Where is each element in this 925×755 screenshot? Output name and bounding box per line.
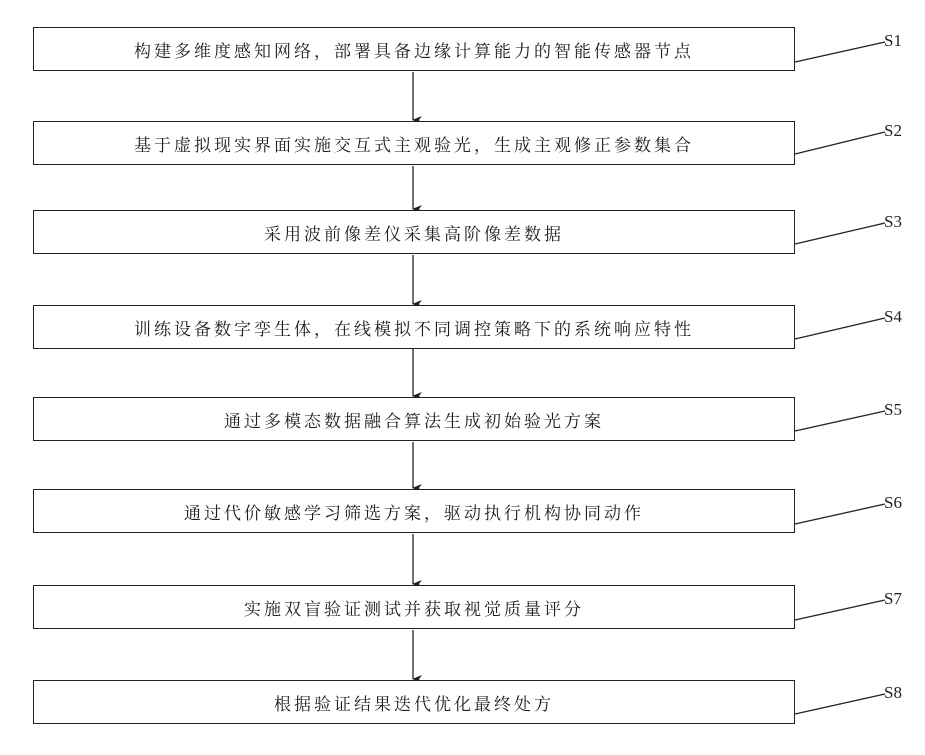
leader-line-s3	[795, 223, 885, 244]
leader-line-s5	[795, 411, 885, 431]
leader-line-s2	[795, 132, 885, 154]
step-text-s2: 基于虚拟现实界面实施交互式主观验光，生成主观修正参数集合	[134, 131, 694, 156]
step-box-s5: 通过多模态数据融合算法生成初始验光方案	[33, 397, 795, 441]
step-label-s5: S5	[884, 400, 902, 420]
step-label-s3: S3	[884, 212, 902, 232]
leader-line-s1	[795, 42, 885, 62]
step-text-s8: 根据验证结果迭代优化最终处方	[274, 690, 554, 715]
connector-layer	[0, 0, 925, 755]
step-text-s1: 构建多维度感知网络，部署具备边缘计算能力的智能传感器节点	[134, 37, 694, 62]
flowchart: 构建多维度感知网络，部署具备边缘计算能力的智能传感器节点 基于虚拟现实界面实施交…	[0, 0, 925, 755]
step-text-s5: 通过多模态数据融合算法生成初始验光方案	[224, 407, 604, 432]
step-box-s2: 基于虚拟现实界面实施交互式主观验光，生成主观修正参数集合	[33, 121, 795, 165]
step-box-s8: 根据验证结果迭代优化最终处方	[33, 680, 795, 724]
step-label-s6: S6	[884, 493, 902, 513]
leader-line-s4	[795, 318, 885, 339]
step-box-s3: 采用波前像差仪采集高阶像差数据	[33, 210, 795, 254]
step-text-s4: 训练设备数字孪生体，在线模拟不同调控策略下的系统响应特性	[134, 315, 694, 340]
step-label-s2: S2	[884, 121, 902, 141]
leader-line-s6	[795, 504, 885, 524]
leader-line-s7	[795, 600, 885, 620]
step-box-s7: 实施双盲验证测试并获取视觉质量评分	[33, 585, 795, 629]
step-label-s4: S4	[884, 307, 902, 327]
step-text-s7: 实施双盲验证测试并获取视觉质量评分	[244, 595, 584, 620]
step-label-s8: S8	[884, 683, 902, 703]
leader-line-s8	[795, 694, 885, 714]
step-text-s6: 通过代价敏感学习筛选方案，驱动执行机构协同动作	[184, 499, 644, 524]
step-label-s7: S7	[884, 589, 902, 609]
step-box-s1: 构建多维度感知网络，部署具备边缘计算能力的智能传感器节点	[33, 27, 795, 71]
step-label-s1: S1	[884, 31, 902, 51]
step-box-s4: 训练设备数字孪生体，在线模拟不同调控策略下的系统响应特性	[33, 305, 795, 349]
step-box-s6: 通过代价敏感学习筛选方案，驱动执行机构协同动作	[33, 489, 795, 533]
step-text-s3: 采用波前像差仪采集高阶像差数据	[264, 220, 564, 245]
